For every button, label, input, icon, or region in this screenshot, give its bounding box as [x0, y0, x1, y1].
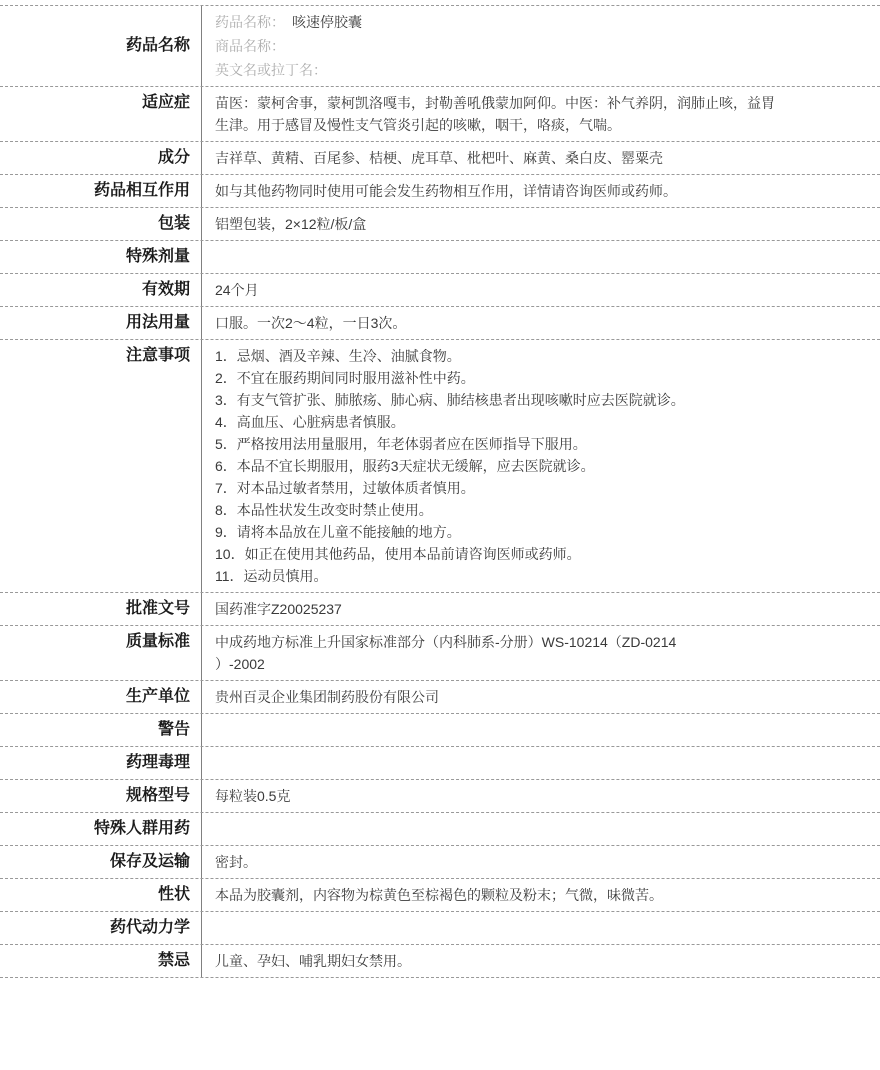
row-label: 质量标准 — [0, 626, 201, 680]
table-row-drug-name: 药品名称 药品名称：咳速停胶囊 商品名称： 英文名或拉丁名： — [0, 6, 880, 87]
row-label: 生产单位 — [0, 681, 201, 713]
table-row-manufacturer: 生产单位 贵州百灵企业集团制药股份有限公司 — [0, 681, 880, 714]
drug-info-table: 药品名称 药品名称：咳速停胶囊 商品名称： 英文名或拉丁名： 适应症 苗医：蒙柯… — [0, 5, 880, 978]
row-value — [201, 714, 880, 746]
table-row-shelf-life: 有效期 24个月 — [0, 274, 880, 307]
table-row-storage-transport: 保存及运输 密封。 — [0, 846, 880, 879]
table-row-specification: 规格型号 每粒装0.5克 — [0, 780, 880, 813]
row-label: 药理毒理 — [0, 747, 201, 779]
row-value — [201, 813, 880, 845]
row-value: 贵州百灵企业集团制药股份有限公司 — [201, 681, 880, 713]
row-value: 24个月 — [201, 274, 880, 306]
row-label: 药代动力学 — [0, 912, 201, 944]
table-row-description: 性状 本品为胶囊剂，内容物为棕黄色至棕褐色的颗粒及粉末；气微，味微苦。 — [0, 879, 880, 912]
row-label: 性状 — [0, 879, 201, 911]
row-value: 如与其他药物同时使用可能会发生药物相互作用，详情请咨询医师或药师。 — [201, 175, 880, 207]
row-value: 国药准字Z20025237 — [201, 593, 880, 625]
row-value — [201, 747, 880, 779]
table-row-quality-standard: 质量标准 中成药地方标准上升国家标准部分（内科肺系-分册）WS-10214（ZD… — [0, 626, 880, 681]
table-row-special-populations: 特殊人群用药 — [0, 813, 880, 846]
table-row-special-dosage: 特殊剂量 — [0, 241, 880, 274]
row-value — [201, 912, 880, 944]
row-value: 儿童、孕妇、哺乳期妇女禁用。 — [201, 945, 880, 977]
field-prefix: 英文名或拉丁名： — [215, 62, 327, 78]
row-label: 规格型号 — [0, 780, 201, 812]
table-row-drug-interactions: 药品相互作用 如与其他药物同时使用可能会发生药物相互作用，详情请咨询医师或药师。 — [0, 175, 880, 208]
row-value: 吉祥草、黄精、百尾参、桔梗、虎耳草、枇杷叶、麻黄、桑白皮、罂粟壳 — [201, 142, 880, 174]
table-row-ingredients: 成分 吉祥草、黄精、百尾参、桔梗、虎耳草、枇杷叶、麻黄、桑白皮、罂粟壳 — [0, 142, 880, 175]
row-label: 特殊剂量 — [0, 241, 201, 273]
field-prefix: 药品名称： — [215, 14, 285, 30]
english-name-line: 英文名或拉丁名： — [215, 58, 858, 82]
trade-name-line: 商品名称： — [215, 34, 858, 58]
row-label: 成分 — [0, 142, 201, 174]
row-value: 口服。一次2～4粒，一日3次。 — [201, 307, 880, 339]
row-label: 有效期 — [0, 274, 201, 306]
table-row-precautions: 注意事项 1．忌烟、酒及辛辣、生冷、油腻食物。 2．不宜在服药期间同时服用滋补性… — [0, 340, 880, 593]
row-label: 适应症 — [0, 87, 201, 141]
row-label: 批准文号 — [0, 593, 201, 625]
row-value: 铝塑包装，2×12粒/板/盒 — [201, 208, 880, 240]
table-row-approval-number: 批准文号 国药准字Z20025237 — [0, 593, 880, 626]
table-row-dosage-usage: 用法用量 口服。一次2～4粒，一日3次。 — [0, 307, 880, 340]
table-row-pharmacokinetics: 药代动力学 — [0, 912, 880, 945]
table-row-pharmacology-toxicology: 药理毒理 — [0, 747, 880, 780]
table-row-packaging: 包装 铝塑包装，2×12粒/板/盒 — [0, 208, 880, 241]
row-label: 包装 — [0, 208, 201, 240]
row-label: 禁忌 — [0, 945, 201, 977]
row-label: 药品相互作用 — [0, 175, 201, 207]
drug-name-line: 药品名称：咳速停胶囊 — [215, 10, 858, 34]
field-prefix: 商品名称： — [215, 38, 285, 54]
row-label: 警告 — [0, 714, 201, 746]
row-label: 用法用量 — [0, 307, 201, 339]
table-row-warning: 警告 — [0, 714, 880, 747]
row-value: 密封。 — [201, 846, 880, 878]
row-value: 1．忌烟、酒及辛辣、生冷、油腻食物。 2．不宜在服药期间同时服用滋补性中药。 3… — [201, 340, 880, 592]
row-label: 特殊人群用药 — [0, 813, 201, 845]
table-row-indications: 适应症 苗医：蒙柯舍事，蒙柯凯洛嘎韦，封勒善吼俄蒙加阿仰。中医：补气养阴，润肺止… — [0, 87, 880, 142]
row-value: 中成药地方标准上升国家标准部分（内科肺系-分册）WS-10214（ZD-0214… — [201, 626, 880, 680]
row-value: 药品名称：咳速停胶囊 商品名称： 英文名或拉丁名： — [201, 6, 880, 86]
table-row-contraindications: 禁忌 儿童、孕妇、哺乳期妇女禁用。 — [0, 945, 880, 978]
row-label: 药品名称 — [0, 6, 201, 86]
row-label: 注意事项 — [0, 340, 201, 592]
drug-name: 咳速停胶囊 — [292, 14, 362, 30]
row-value: 每粒装0.5克 — [201, 780, 880, 812]
row-value: 本品为胶囊剂，内容物为棕黄色至棕褐色的颗粒及粉末；气微，味微苦。 — [201, 879, 880, 911]
row-value: 苗医：蒙柯舍事，蒙柯凯洛嘎韦，封勒善吼俄蒙加阿仰。中医：补气养阴，润肺止咳，益胃… — [201, 87, 880, 141]
row-label: 保存及运输 — [0, 846, 201, 878]
row-value — [201, 241, 880, 273]
